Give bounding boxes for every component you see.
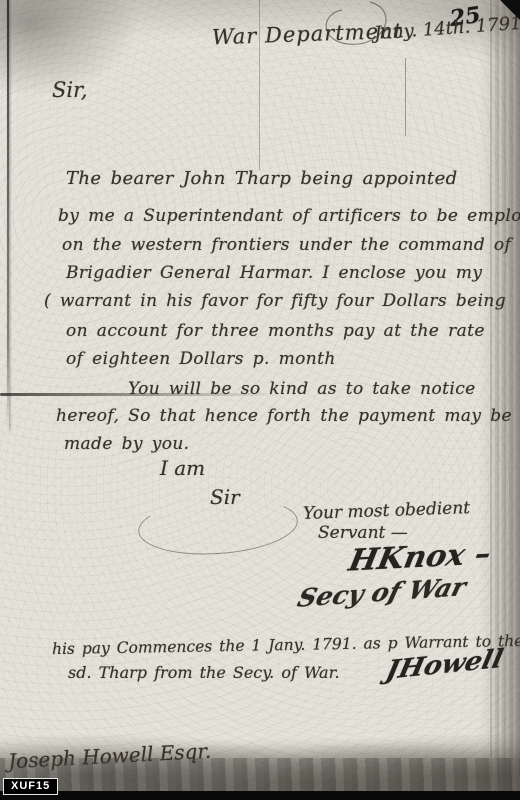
left-paper-edge xyxy=(7,0,9,430)
body-line: The bearer John Tharp being appointed xyxy=(66,168,458,189)
body-line: Brigadier General Harmar. I enclose you … xyxy=(66,263,482,283)
pencil-oval-mark xyxy=(136,492,300,559)
body-line: made by you. xyxy=(64,434,189,454)
clipped-corner xyxy=(500,0,520,20)
closing-your-most-obedient: Your most obedient xyxy=(303,498,471,524)
vertical-fold-crease-2 xyxy=(405,58,406,136)
endorsement-line: sd. Tharp from the Secy. of War. xyxy=(68,663,340,682)
signer-title-secretary-of-war: Secy of War xyxy=(295,572,470,612)
archive-label: XUF15 xyxy=(4,779,57,794)
scanner-bottom-bar xyxy=(0,791,520,800)
knox-signature: HKnox – xyxy=(346,536,494,578)
closing-servant: Servant — xyxy=(318,523,408,543)
right-edge-shadow xyxy=(490,0,520,800)
body-line: on the western frontiers under the comma… xyxy=(62,235,511,255)
closing-i-am: I am xyxy=(160,456,205,480)
body-line: ( warrant in his favor for fifty four Do… xyxy=(44,291,506,311)
addressee-line: Joseph Howell Esqr. xyxy=(8,739,212,774)
body-line: hereof, So that hence forth the payment … xyxy=(56,406,512,426)
body-line: of eighteen Dollars p. month xyxy=(66,349,336,369)
salutation: Sir, xyxy=(52,78,88,102)
body-line: You will be so kind as to take notice xyxy=(128,379,476,399)
document-scan: 25 War Department Jany. 14th. 1791 Sir, … xyxy=(0,0,520,800)
body-line: on account for three months pay at the r… xyxy=(66,321,485,341)
letter-date: Jany. 14th. 1791 xyxy=(373,13,520,44)
body-line: by me a Superintendant of artificers to … xyxy=(58,206,520,226)
